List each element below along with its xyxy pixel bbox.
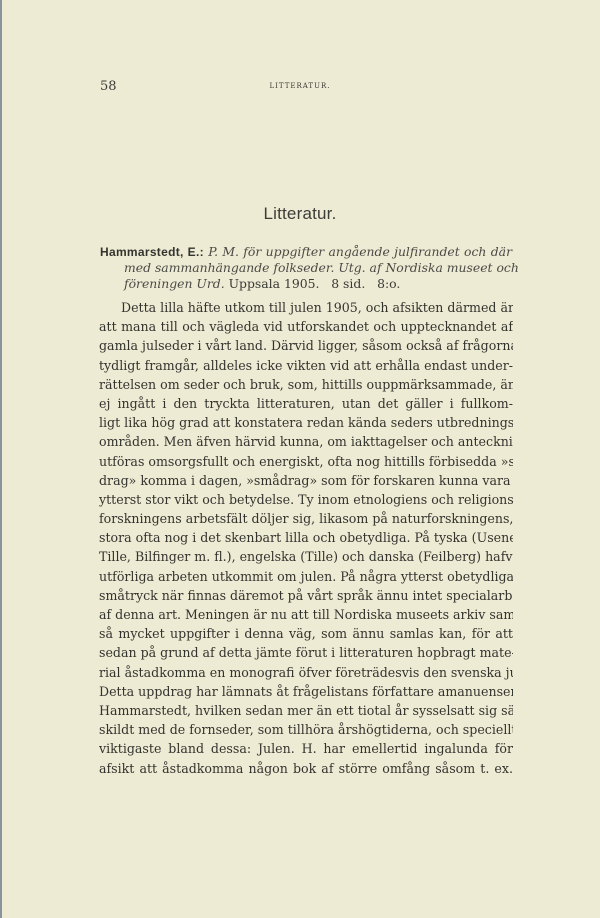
bibliography-title-part: föreningen Urd.	[124, 276, 225, 291]
body-line: tydligt framgår, alldeles icke vikten vi…	[99, 356, 513, 375]
body-line: rial åstadkomma en monografi öfver föret…	[99, 663, 513, 682]
body-line: afsikt att åstadkomma någon bok af störr…	[99, 759, 513, 778]
bibliography-line: Hammarstedt, E.: P. M. för uppgifter ang…	[100, 244, 512, 260]
body-line: drag» komma i dagen, »smådrag» som för f…	[99, 471, 513, 490]
body-line: viktigaste bland dessa: Julen. H. har em…	[99, 739, 513, 758]
bibliography-line: föreningen Urd. Uppsala 1905. 8 sid. 8:o…	[100, 276, 512, 292]
running-head-title: LITTERATUR.	[100, 82, 500, 90]
body-line: utföras omsorgsfullt och energiskt, ofta…	[99, 452, 513, 471]
bibliography-title-part: P. M. för uppgifter angående julfirandet…	[208, 244, 512, 259]
body-line: gamla julseder i vårt land. Därvid ligge…	[99, 336, 513, 355]
body-line: att mana till och vägleda vid utforskand…	[99, 317, 513, 336]
scan-edge	[0, 0, 2, 918]
body-text: Detta lilla häfte utkom till julen 1905,…	[99, 298, 513, 778]
body-line: Detta lilla häfte utkom till julen 1905,…	[99, 298, 513, 317]
section-title: Litteratur.	[0, 204, 600, 224]
bibliography-entry: Hammarstedt, E.: P. M. för uppgifter ang…	[100, 244, 512, 292]
bibliography-line: med sammanhängande folkseder. Utg. af No…	[100, 260, 512, 276]
body-line: stora ofta nog i det skenbart lilla och …	[99, 528, 513, 547]
body-line: utförliga arbeten utkommit om julen. På …	[99, 567, 513, 586]
bibliography-author: Hammarstedt, E.:	[100, 245, 204, 259]
body-line: så mycket uppgifter i denna väg, som änn…	[99, 624, 513, 643]
body-line: ej ingått i den tryckta litteraturen, ut…	[99, 394, 513, 413]
body-line: rättelsen om seder och bruk, som, hittil…	[99, 375, 513, 394]
body-line: Hammarstedt, hvilken sedan mer än ett ti…	[99, 701, 513, 720]
running-head: 58 LITTERATUR.	[100, 79, 500, 99]
bibliography-imprint: Uppsala 1905. 8 sid. 8:o.	[229, 276, 401, 291]
body-line: Tille, Bilfinger m. fl.), engelska (Till…	[99, 547, 513, 566]
body-line: skildt med de fornseder, som tillhöra år…	[99, 720, 513, 739]
body-line: områden. Men äfven härvid kunna, om iakt…	[99, 432, 513, 451]
body-line: sedan på grund af detta jämte förut i li…	[99, 643, 513, 662]
body-line: ligt lika hög grad att konstatera redan …	[99, 413, 513, 432]
document-page: 58 LITTERATUR. Litteratur. Hammarstedt, …	[0, 0, 600, 918]
body-line: Detta uppdrag har lämnats åt frågelistan…	[99, 682, 513, 701]
body-line: af denna art. Meningen är nu att till No…	[99, 605, 513, 624]
body-line: småtryck när finnas däremot på vårt språ…	[99, 586, 513, 605]
body-line: forskningens arbetsfält döljer sig, lika…	[99, 509, 513, 528]
body-line: ytterst stor vikt och betydelse. Ty inom…	[99, 490, 513, 509]
